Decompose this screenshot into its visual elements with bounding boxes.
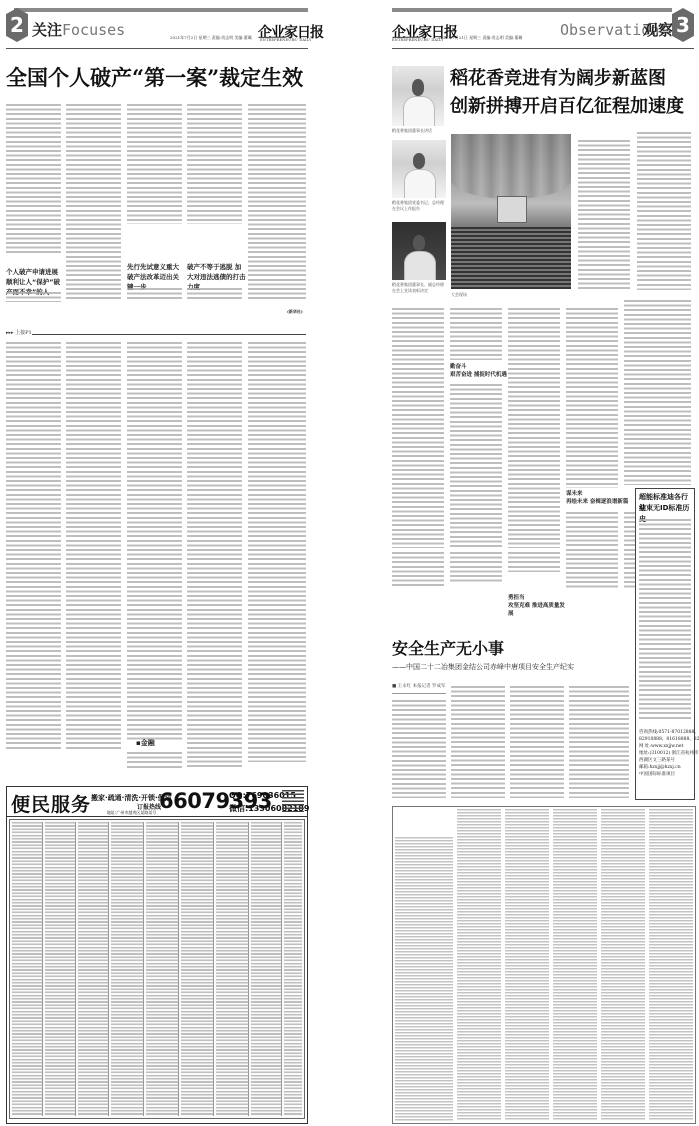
ad-rule	[7, 816, 307, 817]
subsection-title: 攻坚克难 推进高质量发展	[508, 602, 570, 618]
article-column	[187, 342, 242, 768]
article-column	[451, 686, 505, 798]
photo-caption: 大会现场	[451, 292, 467, 298]
second-byline: ■ 王永红 本报记者 罗成军	[392, 684, 446, 690]
section-divider	[32, 334, 306, 335]
article-column	[392, 552, 444, 588]
article-column	[392, 308, 444, 548]
article-column	[450, 308, 502, 360]
right-page: 企业家日报 ENTREPRENEURS' DAILY 2021年7月21日 星期…	[350, 0, 699, 1126]
subsection-kicker: 谋未来	[566, 490, 622, 498]
dateline: 2021年7月2日 星期三 责编:贵志明 美编:董璐	[170, 35, 252, 41]
contact-line: 邮箱:hzxjj@hzxj.cn	[639, 764, 681, 771]
table-column	[553, 809, 597, 1121]
contact-line: 网 址:www.xxjjw.net	[639, 743, 683, 750]
main-headline-line1: 稻花香竞进有为阔步新蓝图	[450, 64, 666, 90]
subsection-kicker: 勇担当	[508, 594, 564, 602]
article-column	[127, 288, 182, 302]
listing-column	[284, 822, 302, 1116]
article-column	[450, 552, 502, 582]
article-column	[127, 104, 182, 224]
section-title-en: Focuses	[62, 21, 125, 39]
table-column	[649, 809, 693, 1121]
article-column	[578, 140, 630, 290]
ad-notice-block	[282, 790, 304, 812]
listing-column	[146, 822, 179, 1116]
article-column	[6, 342, 61, 750]
article-column	[187, 288, 242, 302]
article-column	[508, 552, 560, 572]
subsection-title: 艰苦奋进 捕捉时代机遇	[450, 371, 508, 379]
photo-caption: 稻花香集团董事长、副总经理在会上宣读表彰决定	[392, 282, 446, 294]
article-column	[569, 686, 629, 798]
listing-column	[111, 822, 144, 1116]
continued-text: 上接P1	[15, 330, 32, 336]
main-headline: 全国个人破产“第一案”裁定生效	[6, 62, 303, 92]
table-column	[457, 809, 501, 1121]
dateline: 2021年7月21日 星期三 责编:贵志明 美编:董璐	[438, 35, 522, 41]
classified-listings	[9, 819, 305, 1119]
article-column	[510, 686, 564, 798]
table-column	[505, 809, 549, 1121]
listing-column	[216, 822, 249, 1116]
article-column	[624, 300, 691, 485]
article-column	[127, 342, 182, 742]
article-column	[508, 308, 560, 548]
data-table	[392, 806, 696, 1124]
listing-column	[12, 822, 43, 1116]
listing-column	[251, 822, 282, 1116]
photo-executive	[392, 222, 446, 280]
byline-rule	[392, 693, 446, 694]
ad-title: 便民服务	[11, 790, 91, 817]
article-column	[248, 104, 306, 299]
article-column	[6, 292, 61, 302]
article-column	[66, 342, 121, 750]
header-bar	[14, 8, 308, 12]
second-headline: 安全生产无小事	[392, 636, 504, 659]
second-subtitle: ——中国二十二冶集团金结公司赤峰中唐项目安全生产纪实	[392, 662, 574, 672]
article-column	[187, 104, 242, 224]
small-heading-text: 金融	[141, 739, 155, 747]
photo-caption: 稻花香集团董事长讲话	[392, 128, 446, 134]
photo-conference-hall	[451, 134, 571, 289]
contact-line: 中国国际标准项目	[639, 771, 675, 778]
photo-speaker	[392, 140, 446, 198]
contact-line: 地址:(310012) 浙江省杭州市	[639, 750, 699, 757]
classified-ad: 便民服务 搬家·疏通·清洗·开锁·保洁 订报热线 66079393 QQ:769…	[6, 786, 308, 1124]
table-column	[395, 837, 453, 1121]
section-title-cn: 关注	[32, 19, 62, 40]
article-column	[66, 104, 121, 299]
article-column	[566, 512, 618, 588]
page-number-badge: 3	[672, 8, 694, 42]
article-column	[6, 104, 61, 254]
left-page: 2 关注 Focuses 2021年7月2日 星期三 责编:贵志明 美编:董璐 …	[0, 0, 350, 1126]
article-column	[392, 700, 446, 798]
main-headline-line2: 创新拼搏开启百亿征程加速度	[450, 92, 684, 118]
photo-chairman: .7	[392, 66, 444, 126]
listing-column	[78, 822, 109, 1116]
table-column	[601, 809, 645, 1121]
sidebar-text	[639, 519, 691, 719]
masthead-en: ENTREPRENEURS' DAILY	[260, 38, 312, 42]
listing-column	[181, 822, 214, 1116]
header-rule	[392, 48, 694, 49]
article-column	[637, 132, 691, 290]
small-heading: ▪金融	[136, 738, 155, 748]
article-column	[127, 752, 182, 768]
contact-line: 咨询热线:0571-87012888、	[639, 729, 699, 736]
sidebar-box: 超能标准迪各行业 结束无ID标准历史 咨询热线:0571-87012888、 8…	[635, 488, 695, 800]
photo-caption: 稻花香集团党委书记、总经理在会议上作报告	[392, 200, 446, 212]
article-column	[248, 342, 306, 762]
article-column	[566, 308, 618, 488]
header-bar	[392, 8, 672, 12]
listing-column	[45, 822, 76, 1116]
page-number-badge: 2	[6, 8, 28, 42]
section-title-cn: 观察	[643, 19, 673, 40]
article-column	[450, 384, 502, 548]
continued-label: ▸▸▸ 上接P1	[6, 329, 32, 336]
header-rule	[6, 48, 308, 49]
byline-end: (新华社)	[287, 309, 303, 315]
contact-line: 82910888、81618888、82521888	[639, 736, 699, 743]
subsection-kicker: 勤奋斗	[450, 363, 506, 371]
contact-line: 西湖区文三路某号	[639, 757, 675, 764]
masthead-en: ENTREPRENEURS' DAILY	[392, 38, 444, 42]
subsection-title: 再绘未来 奋楫逐浪谱新篇	[566, 498, 636, 506]
